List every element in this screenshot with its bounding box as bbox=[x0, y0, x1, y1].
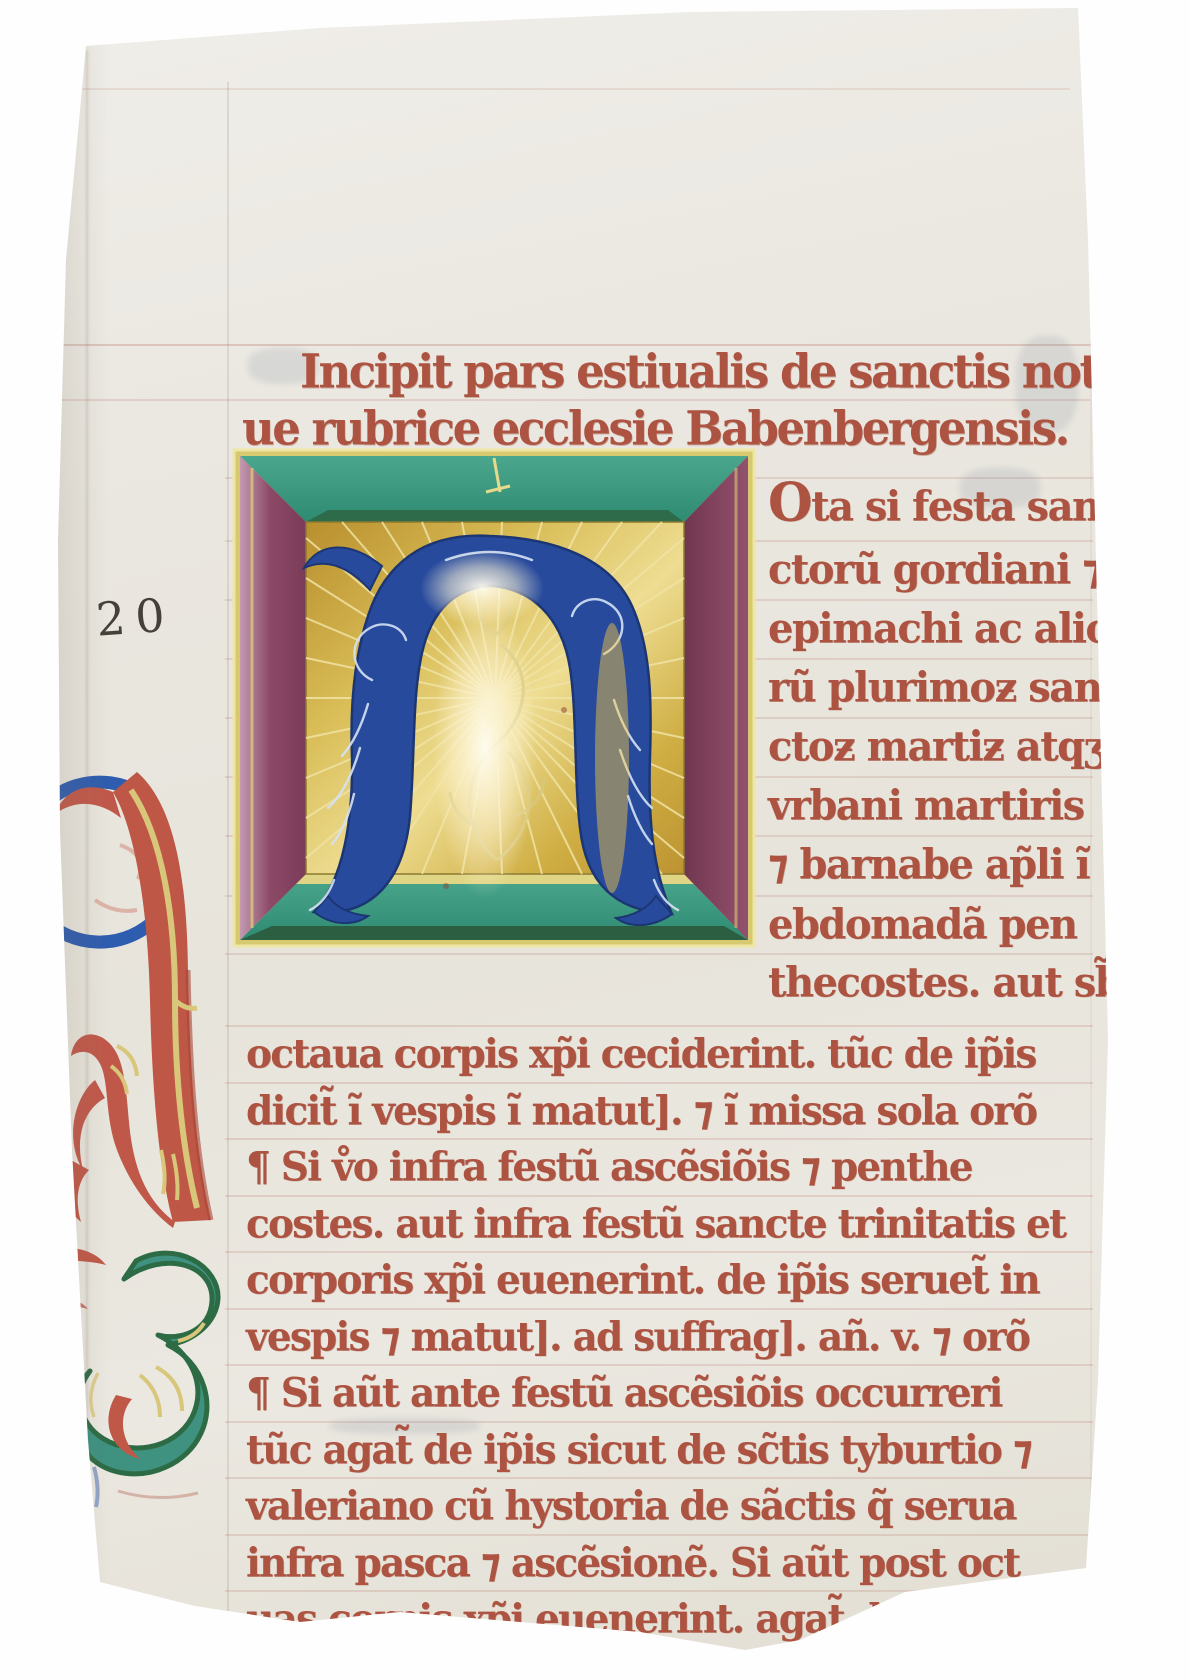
stray-ink-mark bbox=[0, 88, 12, 137]
green-scroll-flourish bbox=[28, 1245, 243, 1525]
body-line: infra pasca ⁊ ascẽsionẽ. Si aũt post oct bbox=[246, 1539, 1019, 1587]
body-line: tũc agat̃ de ip̃is sicut de sc̃tis tybur… bbox=[246, 1426, 1031, 1474]
column-line: ctorũ gordiani ⁊ bbox=[768, 545, 1101, 594]
ruling-line bbox=[225, 1421, 1093, 1423]
column-line: thecostes. aut sb̃ bbox=[768, 958, 1121, 1007]
column-line: epimachi ac alio bbox=[768, 604, 1111, 653]
body-line: uas corpis xp̃i euenerint. agat̃ de ip̃s… bbox=[246, 1595, 988, 1643]
ruling-line bbox=[225, 1082, 1093, 1084]
ruling-line bbox=[70, 88, 1070, 90]
gold-specular-highlight bbox=[433, 598, 537, 898]
body-line: ¶ Si v̊o infra festũ ascẽsiõis ⁊ penthe bbox=[246, 1143, 972, 1191]
illuminated-initial-n bbox=[232, 448, 756, 948]
ruling-line bbox=[225, 1025, 1093, 1027]
ruling-line bbox=[225, 1138, 1093, 1140]
folio-number: 20 bbox=[94, 587, 176, 646]
gold-shine-band bbox=[595, 623, 629, 893]
body-line: corporis xp̃i euenerint. de ip̃is seruet… bbox=[246, 1256, 1039, 1304]
column-line: ctoƶ martiƶ atqʒ bbox=[768, 722, 1105, 771]
faint-blue-stroke bbox=[94, 1467, 98, 1507]
heading-line-1: Incipit pars estiualis de sanctis not bbox=[300, 344, 1098, 399]
ruling-line bbox=[225, 1364, 1093, 1366]
frame-plum-right bbox=[684, 456, 748, 940]
ruling-line bbox=[225, 1534, 1093, 1536]
body-line: octaua corpis xp̃i ceciderint. tũc de ip… bbox=[246, 1030, 1036, 1078]
column-line: Ota si festa san bbox=[768, 482, 1100, 531]
column-line: rũ plurimoƶ san bbox=[768, 663, 1101, 712]
ruling-line bbox=[225, 1477, 1093, 1479]
manuscript-leaf: 20 Incipit pars estiualis de sanctis not… bbox=[0, 0, 1189, 1680]
ruling-line bbox=[225, 1308, 1093, 1310]
ruling-line bbox=[225, 1590, 1093, 1592]
body-line: valeriano cũ hystoria de sãctis q̃ serua bbox=[246, 1482, 1016, 1530]
body-line: ¶ Si aũt ante festũ ascẽsiõis occurreri bbox=[246, 1369, 1002, 1417]
column-line: ebdomadã pen bbox=[768, 900, 1077, 949]
ruling-line bbox=[225, 1195, 1093, 1197]
red-acanthus-flourish bbox=[25, 750, 225, 1245]
column-line: ⁊ barnabe ap̃li ĩ bbox=[768, 840, 1089, 889]
body-line: vespis ⁊ matut]. ad suffrag]. añ. v. ⁊ o… bbox=[246, 1313, 1029, 1361]
column-line: vrbani martiris bbox=[768, 781, 1084, 830]
body-line: costes. aut infra festũ sancte trinitati… bbox=[246, 1200, 1065, 1248]
ruling-line bbox=[225, 953, 1093, 955]
body-line: dicit̃ ĩ vespis ĩ matut]. ⁊ ĩ missa sola… bbox=[246, 1087, 1036, 1135]
ruling-line bbox=[225, 1251, 1093, 1253]
frame-plum-left bbox=[240, 456, 306, 940]
